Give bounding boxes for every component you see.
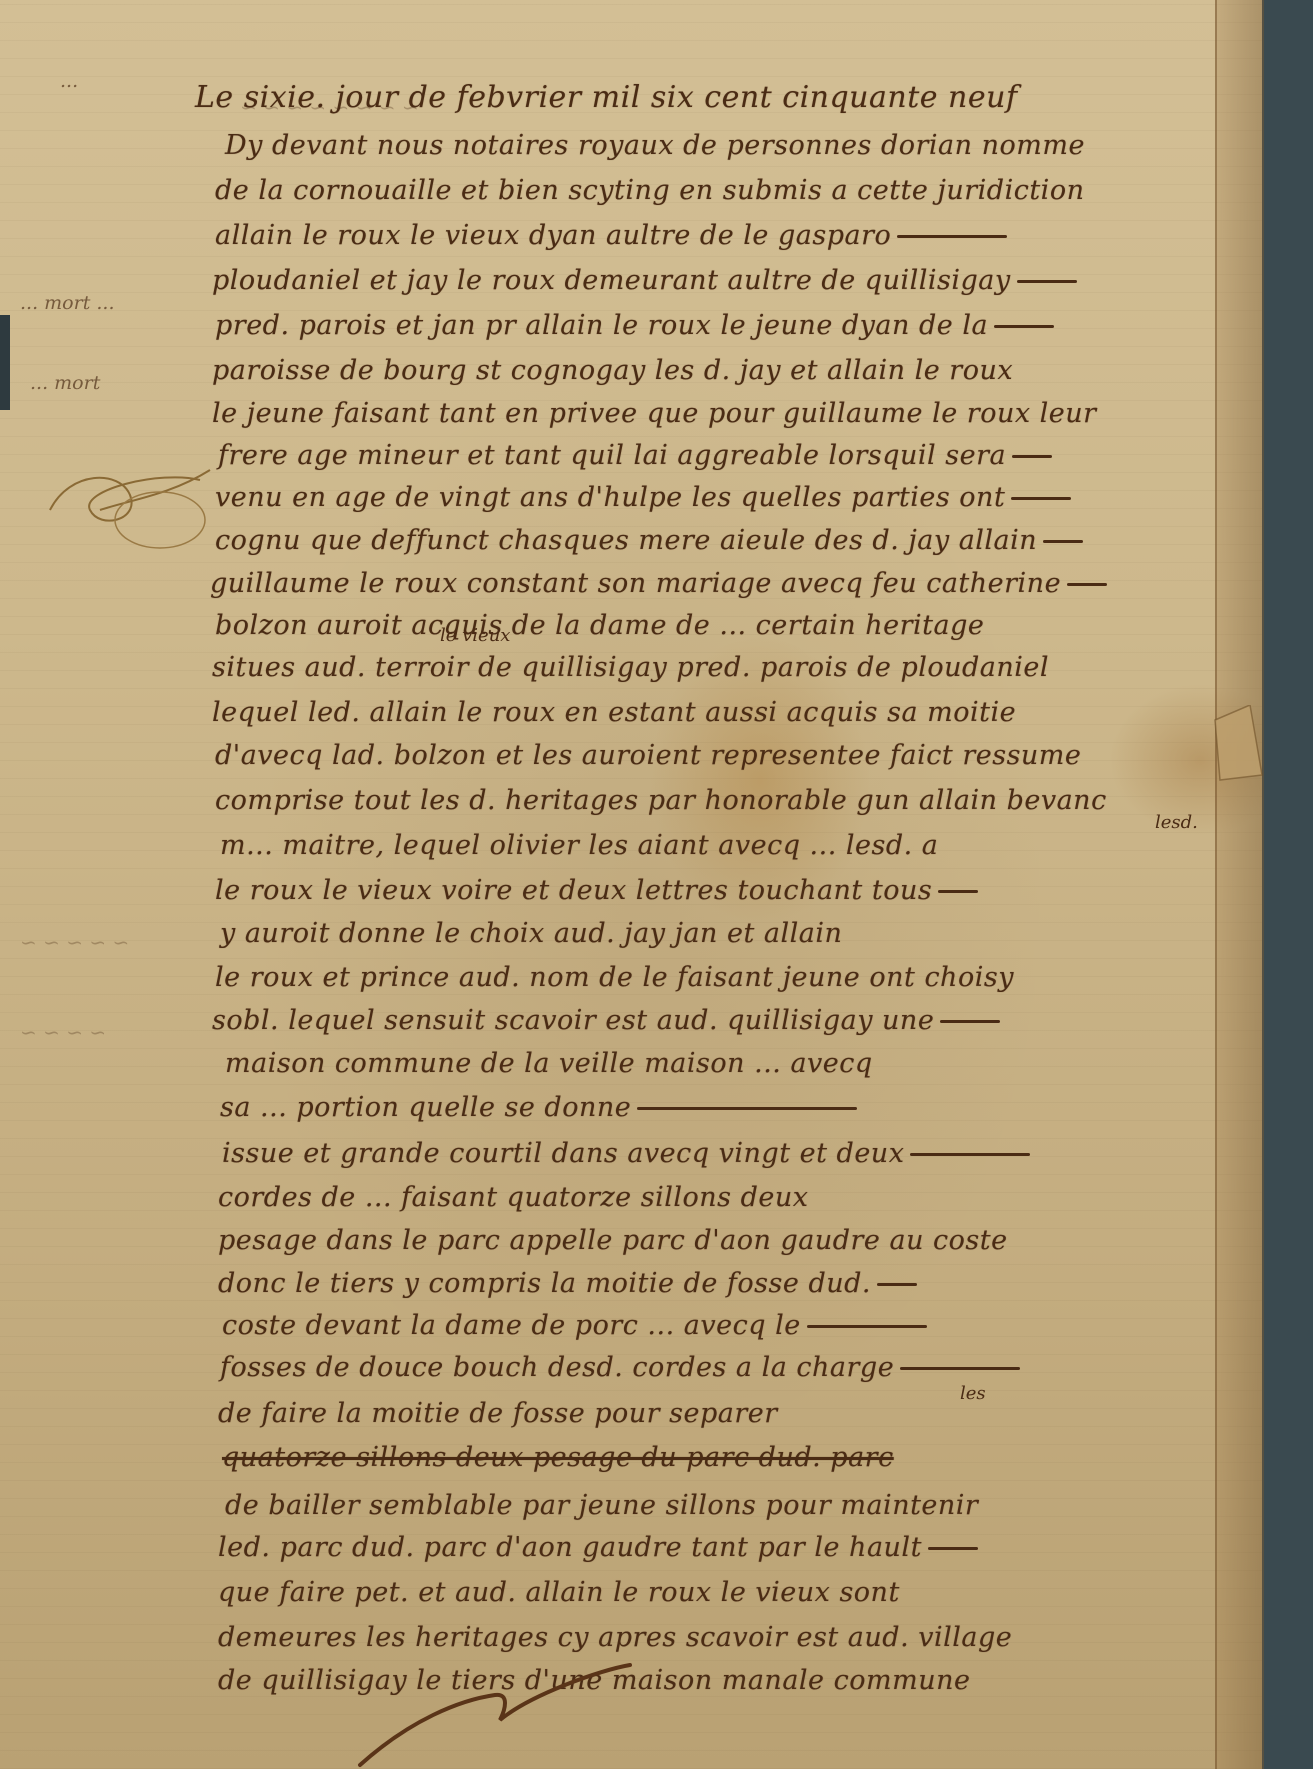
text-line: de bailler semblable par jeune sillons p… [225, 1490, 978, 1521]
text-line-struck: quatorze sillons deux pesage du parc dud… [222, 1442, 894, 1473]
text-line: situes aud. terroir de quillisigay pred.… [212, 652, 1049, 683]
interlinear-note: lesd. [1155, 812, 1198, 833]
bleed-through-text: ~ ~ ~ ~ [20, 1020, 106, 1044]
interlinear-note: le vieux [440, 625, 510, 646]
margin-note: ... mort ... [20, 292, 115, 314]
text-line: de faire la moitie de fosse pour separer [218, 1398, 778, 1429]
text-line: pred. parois et jan pr allain le roux le… [215, 310, 1054, 341]
text-line: guillaume le roux constant son mariage a… [210, 568, 1107, 599]
text-line: frere age mineur et tant quil lai aggrea… [218, 440, 1052, 471]
text-line: pesage dans le parc appelle parc d'aon g… [218, 1225, 1008, 1256]
text-line: le roux et prince aud. nom de le faisant… [215, 962, 1014, 993]
page-edge-left-tear [0, 315, 10, 410]
interlinear-note: les [960, 1383, 986, 1404]
text-line: sobl. lequel sensuit scavoir est aud. qu… [212, 1005, 1000, 1036]
text-line: coste devant la dame de porc ... avecq l… [222, 1310, 927, 1341]
text-line: sa ... portion quelle se donne [220, 1092, 857, 1123]
text-line: lequel led. allain le roux en estant aus… [212, 697, 1016, 728]
text-line: Dy devant nous notaires royaux de person… [225, 130, 1085, 161]
text-line: le jeune faisant tant en privee que pour… [212, 398, 1097, 429]
text-line: comprise tout les d. heritages par honor… [215, 785, 1107, 816]
bleed-through-text: ~ ~ ~ ~ ~ [20, 930, 129, 954]
text-line: Le sixie. jour de febvrier mil six cent … [195, 80, 1018, 115]
closing-flourish-icon [300, 1660, 700, 1769]
margin-note: ... mort [30, 372, 100, 394]
text-line: y auroit donne le choix aud. jay jan et … [220, 918, 842, 949]
page-edge-right [1215, 0, 1264, 1769]
text-line: le roux le vieux voire et deux lettres t… [215, 875, 978, 906]
manuscript-page: ~ ~ ~ ~ ~ ~ ~ ~ ~ ~ ~ ~ ~ ~ ~ ~ ~ ... ..… [0, 0, 1262, 1769]
text-line: d'avecq lad. bolzon et les auroient repr… [215, 740, 1081, 771]
text-line: donc le tiers y compris la moitie de fos… [218, 1268, 917, 1299]
text-line: issue et grande courtil dans avecq vingt… [222, 1138, 1030, 1169]
text-line: m... maitre, lequel olivier les aiant av… [220, 830, 938, 861]
margin-paraph-icon [40, 440, 220, 550]
text-line: maison commune de la veille maison ... a… [225, 1048, 873, 1079]
margin-note: ... [60, 70, 78, 92]
text-line: cognu que deffunct chasques mere aieule … [215, 525, 1083, 556]
text-line: cordes de ... faisant quatorze sillons d… [218, 1182, 808, 1213]
text-line: paroisse de bourg st cognogay les d. jay… [212, 355, 1013, 386]
text-line: bolzon auroit acquis de la dame de ... c… [215, 610, 984, 641]
text-line: venu en age de vingt ans d'hulpe les que… [215, 482, 1071, 513]
text-line: demeures les heritages cy apres scavoir … [218, 1622, 1012, 1653]
text-line: que faire pet. et aud. allain le roux le… [218, 1577, 900, 1608]
text-line: led. parc dud. parc d'aon gaudre tant pa… [218, 1532, 978, 1563]
text-line: allain le roux le vieux dyan aultre de l… [215, 220, 1007, 251]
text-line: fosses de douce bouch desd. cordes a la … [220, 1352, 1020, 1383]
torn-corner-icon [1210, 705, 1270, 785]
text-line: ploudaniel et jay le roux demeurant ault… [212, 265, 1077, 296]
text-line: de la cornouaille et bien scyting en sub… [215, 175, 1084, 206]
